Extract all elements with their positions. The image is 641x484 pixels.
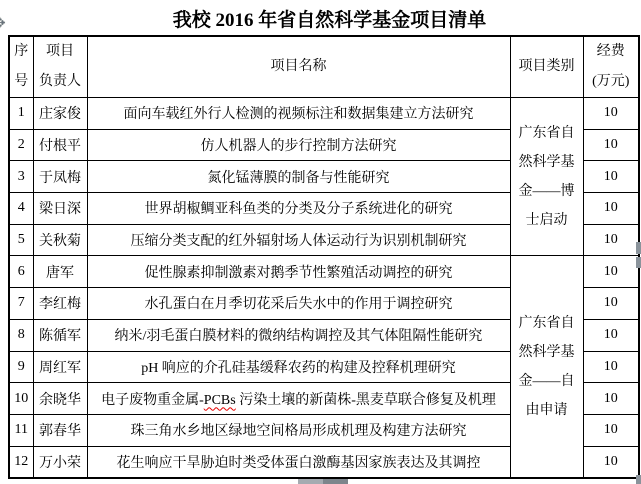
row-index: 2 bbox=[9, 129, 33, 161]
project-leader: 关秋菊 bbox=[33, 224, 87, 256]
funding-amount: 10 bbox=[583, 383, 639, 415]
project-category-doctoral: 广东省自 然科学基 金——博 士启动 bbox=[510, 98, 583, 256]
project-leader: 周红军 bbox=[33, 351, 87, 383]
vertical-scrollbar-thumb[interactable] bbox=[636, 242, 641, 254]
project-leader: 唐军 bbox=[33, 256, 87, 288]
project-leader: 付根平 bbox=[33, 129, 87, 161]
table-row: 1 庄家俊 面向车载红外行人检测的视频标注和数据集建立方法研究 广东省自 然科学… bbox=[9, 98, 639, 130]
funding-amount: 10 bbox=[583, 129, 639, 161]
row-index: 4 bbox=[9, 193, 33, 225]
funding-amount: 10 bbox=[583, 414, 639, 446]
funding-amount: 10 bbox=[583, 446, 639, 478]
project-leader: 陈循军 bbox=[33, 319, 87, 351]
project-name: 水孔蛋白在月季切花采后失水中的作用于调控研究 bbox=[87, 288, 510, 320]
row-index: 3 bbox=[9, 161, 33, 193]
project-leader: 梁日深 bbox=[33, 193, 87, 225]
project-name: 面向车载红外行人检测的视频标注和数据集建立方法研究 bbox=[87, 98, 510, 130]
table-row: 6 唐军 促性腺素抑制激素对鹅季节性繁殖活动调控的研究 广东省自 然科学基 金—… bbox=[9, 256, 639, 288]
page-title: 我校 2016 年省自然科学基金项目清单 bbox=[18, 5, 641, 32]
funding-amount: 10 bbox=[583, 288, 639, 320]
scrollbar-corner bbox=[636, 475, 641, 484]
header-category: 项目类别 bbox=[510, 36, 583, 98]
project-category-free-application: 广东省自 然科学基 金——自 由申请 bbox=[510, 256, 583, 478]
project-name-text: 电子废物重金属- bbox=[101, 393, 204, 408]
project-leader: 于凤梅 bbox=[33, 161, 87, 193]
project-name: 花生响应干旱胁迫时类受体蛋白激酶基因家族表达及其调控 bbox=[87, 446, 510, 478]
horizontal-scrollbar-thumb[interactable] bbox=[323, 479, 348, 484]
funding-amount: 10 bbox=[583, 193, 639, 225]
row-index: 8 bbox=[9, 319, 33, 351]
project-leader: 庄家俊 bbox=[33, 98, 87, 130]
row-index: 11 bbox=[9, 414, 33, 446]
project-name-text: 污染土壤的新菌株-黑麦草联合修复及机理 bbox=[236, 393, 496, 408]
project-name: 压缩分类支配的红外辐射场人体运动行为识别机制研究 bbox=[87, 224, 510, 256]
header-row: 序 号 项目 负责人 项目名称 项目类别 经费 (万元) bbox=[9, 36, 639, 98]
horizontal-scrollbar-thumb[interactable] bbox=[298, 479, 323, 484]
header-name: 项目名称 bbox=[87, 36, 510, 98]
row-index: 10 bbox=[9, 383, 33, 415]
funding-amount: 10 bbox=[583, 256, 639, 288]
row-index: 9 bbox=[9, 351, 33, 383]
header-funding: 经费 (万元) bbox=[583, 36, 639, 98]
row-index: 6 bbox=[9, 256, 33, 288]
project-name: pH 响应的介孔硅基缓释农药的构建及控释机理研究 bbox=[87, 351, 510, 383]
vertical-scrollbar-thumb[interactable] bbox=[636, 257, 641, 268]
row-index: 1 bbox=[9, 98, 33, 130]
row-index: 5 bbox=[9, 224, 33, 256]
funding-amount: 10 bbox=[583, 351, 639, 383]
row-index: 7 bbox=[9, 288, 33, 320]
project-name: 仿人机器人的步行控制方法研究 bbox=[87, 129, 510, 161]
funding-amount: 10 bbox=[583, 319, 639, 351]
project-leader: 余晓华 bbox=[33, 383, 87, 415]
document-page: 我校 2016 年省自然科学基金项目清单 ✥ 序 号 项目 负责人 项目名称 项… bbox=[0, 0, 641, 484]
projects-table: 序 号 项目 负责人 项目名称 项目类别 经费 (万元) 1 庄家俊 面向车载红… bbox=[8, 35, 640, 479]
misspelled-term: PCBs bbox=[204, 393, 236, 408]
row-index: 12 bbox=[9, 446, 33, 478]
project-leader: 郭春华 bbox=[33, 414, 87, 446]
move-cursor-icon[interactable]: ✥ bbox=[0, 16, 9, 32]
project-name: 世界胡椒鲷亚科鱼类的分类及分子系统进化的研究 bbox=[87, 193, 510, 225]
funding-amount: 10 bbox=[583, 98, 639, 130]
project-name: 促性腺素抑制激素对鹅季节性繁殖活动调控的研究 bbox=[87, 256, 510, 288]
funding-amount: 10 bbox=[583, 224, 639, 256]
project-name: 氮化锰薄膜的制备与性能研究 bbox=[87, 161, 510, 193]
header-leader: 项目 负责人 bbox=[33, 36, 87, 98]
funding-amount: 10 bbox=[583, 161, 639, 193]
project-leader: 万小荣 bbox=[33, 446, 87, 478]
project-name: 电子废物重金属-PCBs 污染土壤的新菌株-黑麦草联合修复及机理 bbox=[87, 383, 510, 415]
project-leader: 李红梅 bbox=[33, 288, 87, 320]
project-name: 纳米/羽毛蛋白膜材料的微纳结构调控及其气体阻隔性能研究 bbox=[87, 319, 510, 351]
header-index: 序 号 bbox=[9, 36, 33, 98]
project-name: 珠三角水乡地区绿地空间格局形成机理及构建方法研究 bbox=[87, 414, 510, 446]
